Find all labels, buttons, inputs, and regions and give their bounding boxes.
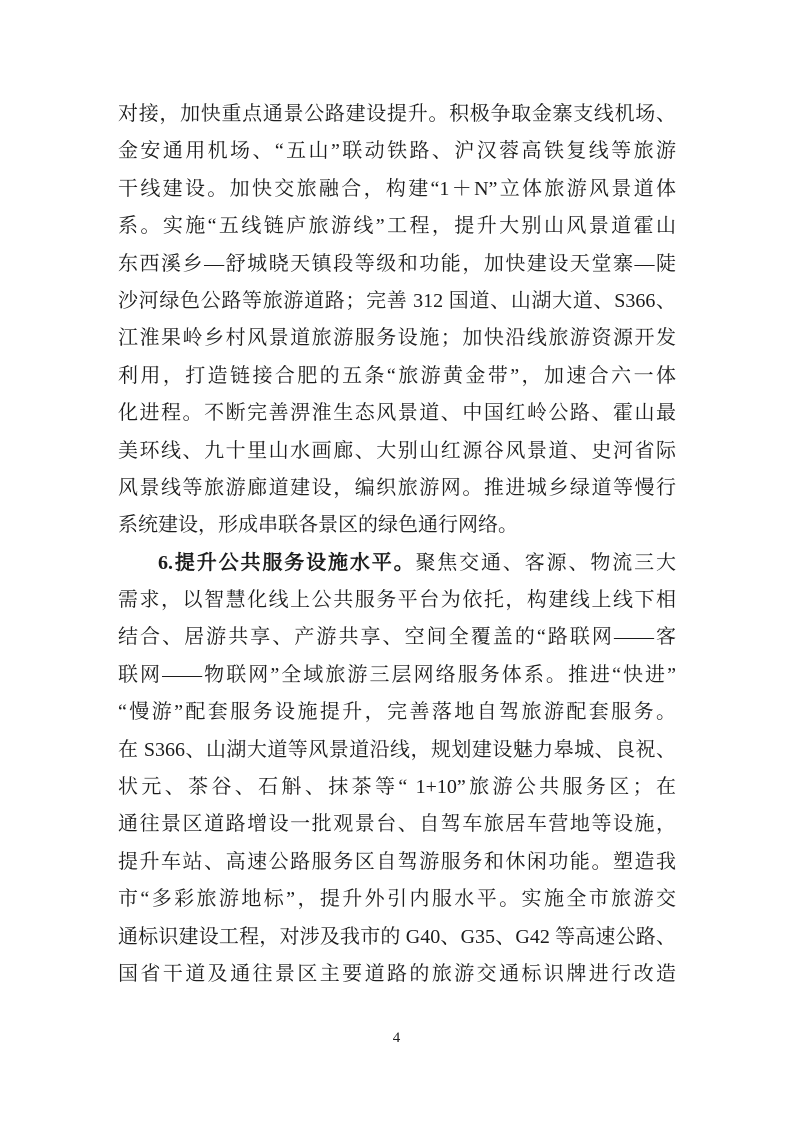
text-line: 需求，以智慧化线上公共服务平台为依托，构建线上线下相 [118,582,676,619]
text-line: 提升车站、高速公路服务区自驾游服务和休闲功能。塑造我 [118,844,676,881]
section-heading-line: 6.提升公共服务设施水平。聚焦交通、客源、物流三大 [118,545,676,582]
text-line: 市“多彩旅游地标”，提升外引内服水平。实施全市旅游交 [118,881,676,918]
text-line: “慢游”配套服务设施提升，完善落地自驾旅游配套服务。 [118,694,676,731]
text-line: 通标识建设工程，对涉及我市的 G40、G35、G42 等高速公路、 [118,919,676,956]
text-line: 国省干道及通往景区主要道路的旅游交通标识牌进行改造 [118,956,676,993]
text-line: 系。实施“五线链庐旅游线”工程，提升大别山风景道霍山 [118,208,676,245]
text-line: 风景线等旅游廊道建设，编织旅游网。推进城乡绿道等慢行 [118,470,676,507]
text-line: 状元、茶谷、石斛、抹茶等“ 1+10”旅游公共服务区；在 [118,769,676,806]
text-line-paragraph-end: 系统建设，形成串联各景区的绿色通行网络。 [118,507,676,544]
text-line: 美环线、九十里山水画廊、大别山红源谷风景道、史河省际 [118,433,676,470]
section-heading-rest: 聚焦交通、客源、物流三大 [415,552,676,574]
section-heading: 6.提升公共服务设施水平。 [158,552,415,574]
text-line: 沙河绿色公路等旅游道路；完善 312 国道、山湖大道、S366、 [118,283,676,320]
document-body: 对接，加快重点通景公路建设提升。积极争取金寨支线机场、 金安通用机场、“五山”联… [118,96,676,993]
document-page: 对接，加快重点通景公路建设提升。积极争取金寨支线机场、 金安通用机场、“五山”联… [0,0,793,1122]
text-line: 对接，加快重点通景公路建设提升。积极争取金寨支线机场、 [118,96,676,133]
text-line: 化进程。不断完善淠淮生态风景道、中国红岭公路、霍山最 [118,395,676,432]
text-line: 东西溪乡—舒城晓天镇段等级和功能，加快建设天堂寨—陡 [118,246,676,283]
text-line: 利用，打造链接合肥的五条“旅游黄金带”，加速合六一体 [118,358,676,395]
text-line: 金安通用机场、“五山”联动铁路、沪汉蓉高铁复线等旅游 [118,133,676,170]
text-line: 干线建设。加快交旅融合，构建“1＋N”立体旅游风景道体 [118,171,676,208]
text-line: 联网——物联网”全域旅游三层网络服务体系。推进“快进” [118,657,676,694]
text-line: 通往景区道路增设一批观景台、自驾车旅居车营地等设施， [118,806,676,843]
text-line: 在 S366、山湖大道等风景道沿线，规划建设魅力皋城、良祝、 [118,732,676,769]
text-line: 江淮果岭乡村风景道旅游服务设施；加快沿线旅游资源开发 [118,320,676,357]
page-number: 4 [0,1028,793,1048]
text-line: 结合、居游共享、产游共享、空间全覆盖的“路联网——客 [118,619,676,656]
